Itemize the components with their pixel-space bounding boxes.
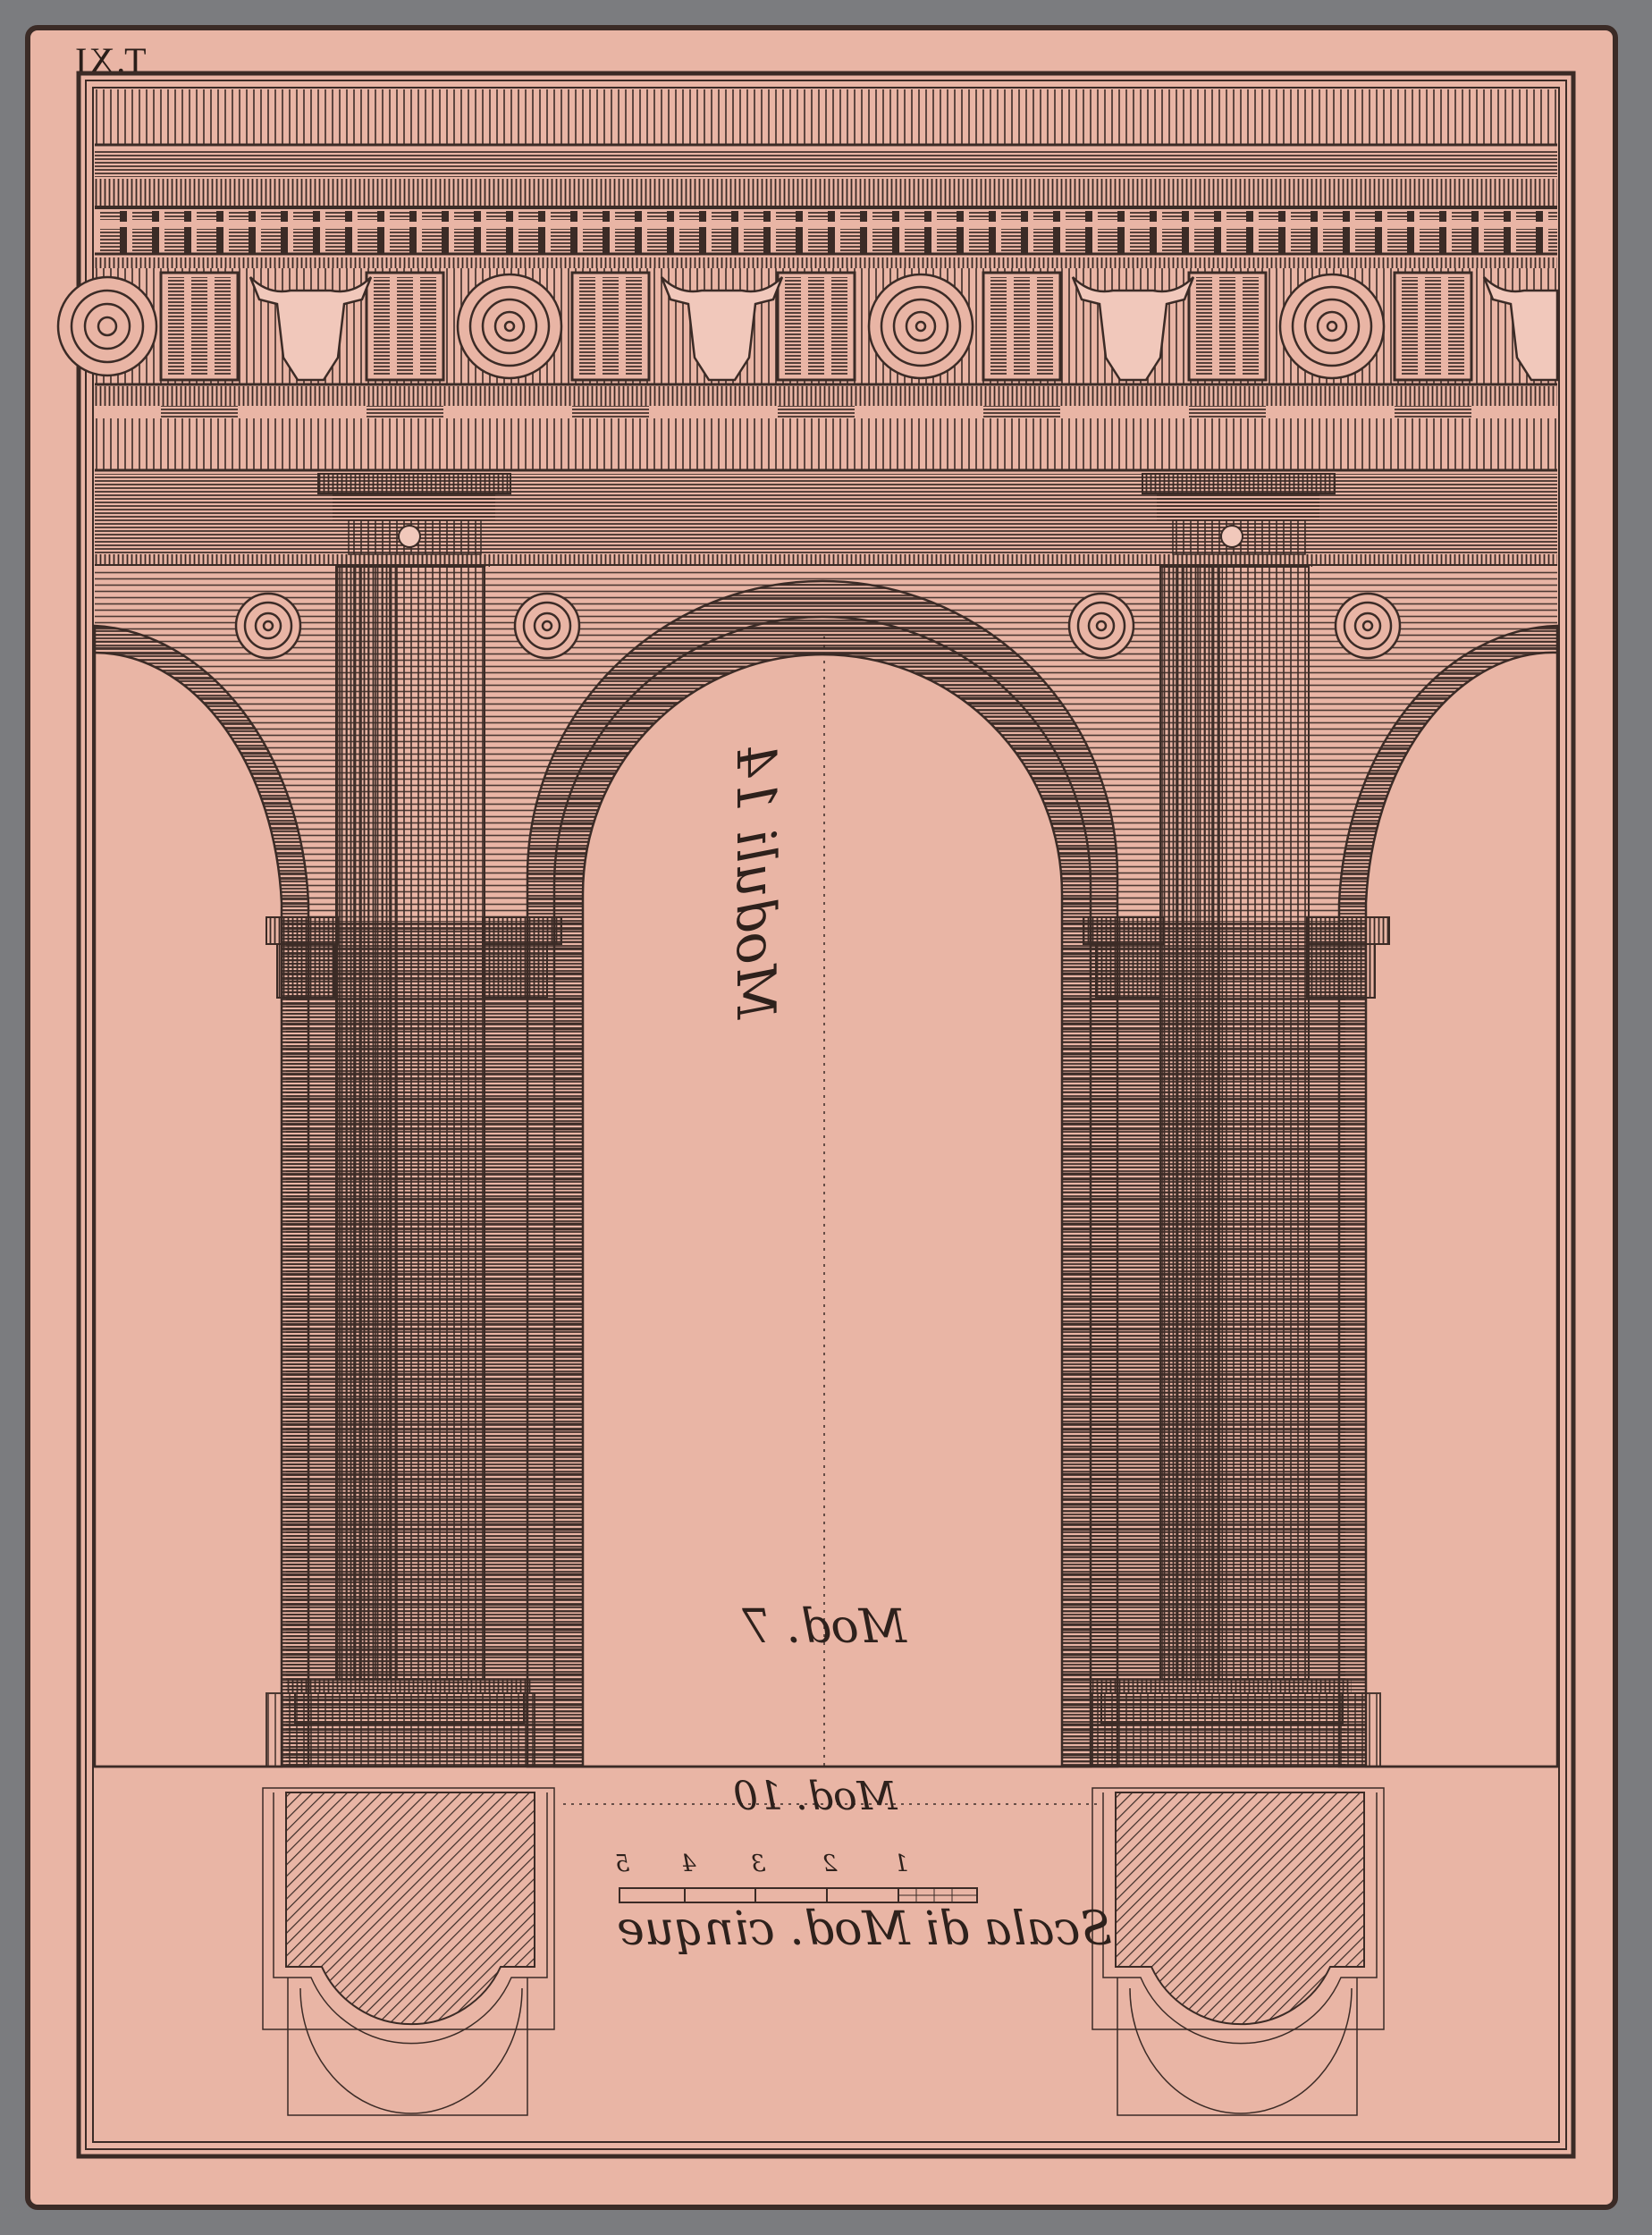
architrave <box>95 418 1557 470</box>
frieze <box>58 268 1557 418</box>
arch-height-label: Moduli 14 <box>724 744 787 1019</box>
scale-tick-label: 2 <box>822 1851 838 1877</box>
capital-rosette-icon <box>1221 526 1243 547</box>
scale-tick-label: 1 <box>894 1851 909 1877</box>
scale-bar <box>619 1888 977 1902</box>
arch-entablature-band <box>95 474 1557 565</box>
frieze-rosette <box>869 274 973 378</box>
frieze-rosette <box>58 277 156 375</box>
capital-rosette-icon <box>399 526 420 547</box>
scale-title: Scala di Mod. cinque <box>617 1902 1112 1956</box>
engraving-drawing <box>0 0 1652 2235</box>
cornice <box>95 89 1557 268</box>
frieze-rosette <box>1280 274 1384 378</box>
frieze-rosette <box>458 274 561 378</box>
scale-tick-label: 5 <box>615 1851 630 1877</box>
column-plan-left <box>263 1788 554 2115</box>
scale-tick-label: 3 <box>751 1851 766 1877</box>
arch-width-label: Mod. 7 <box>742 1600 906 1654</box>
pier-spacing-label: Mod. 10 <box>733 1774 898 1819</box>
column-plan-right <box>1092 1788 1384 2115</box>
scale-tick-label: 4 <box>681 1851 696 1877</box>
